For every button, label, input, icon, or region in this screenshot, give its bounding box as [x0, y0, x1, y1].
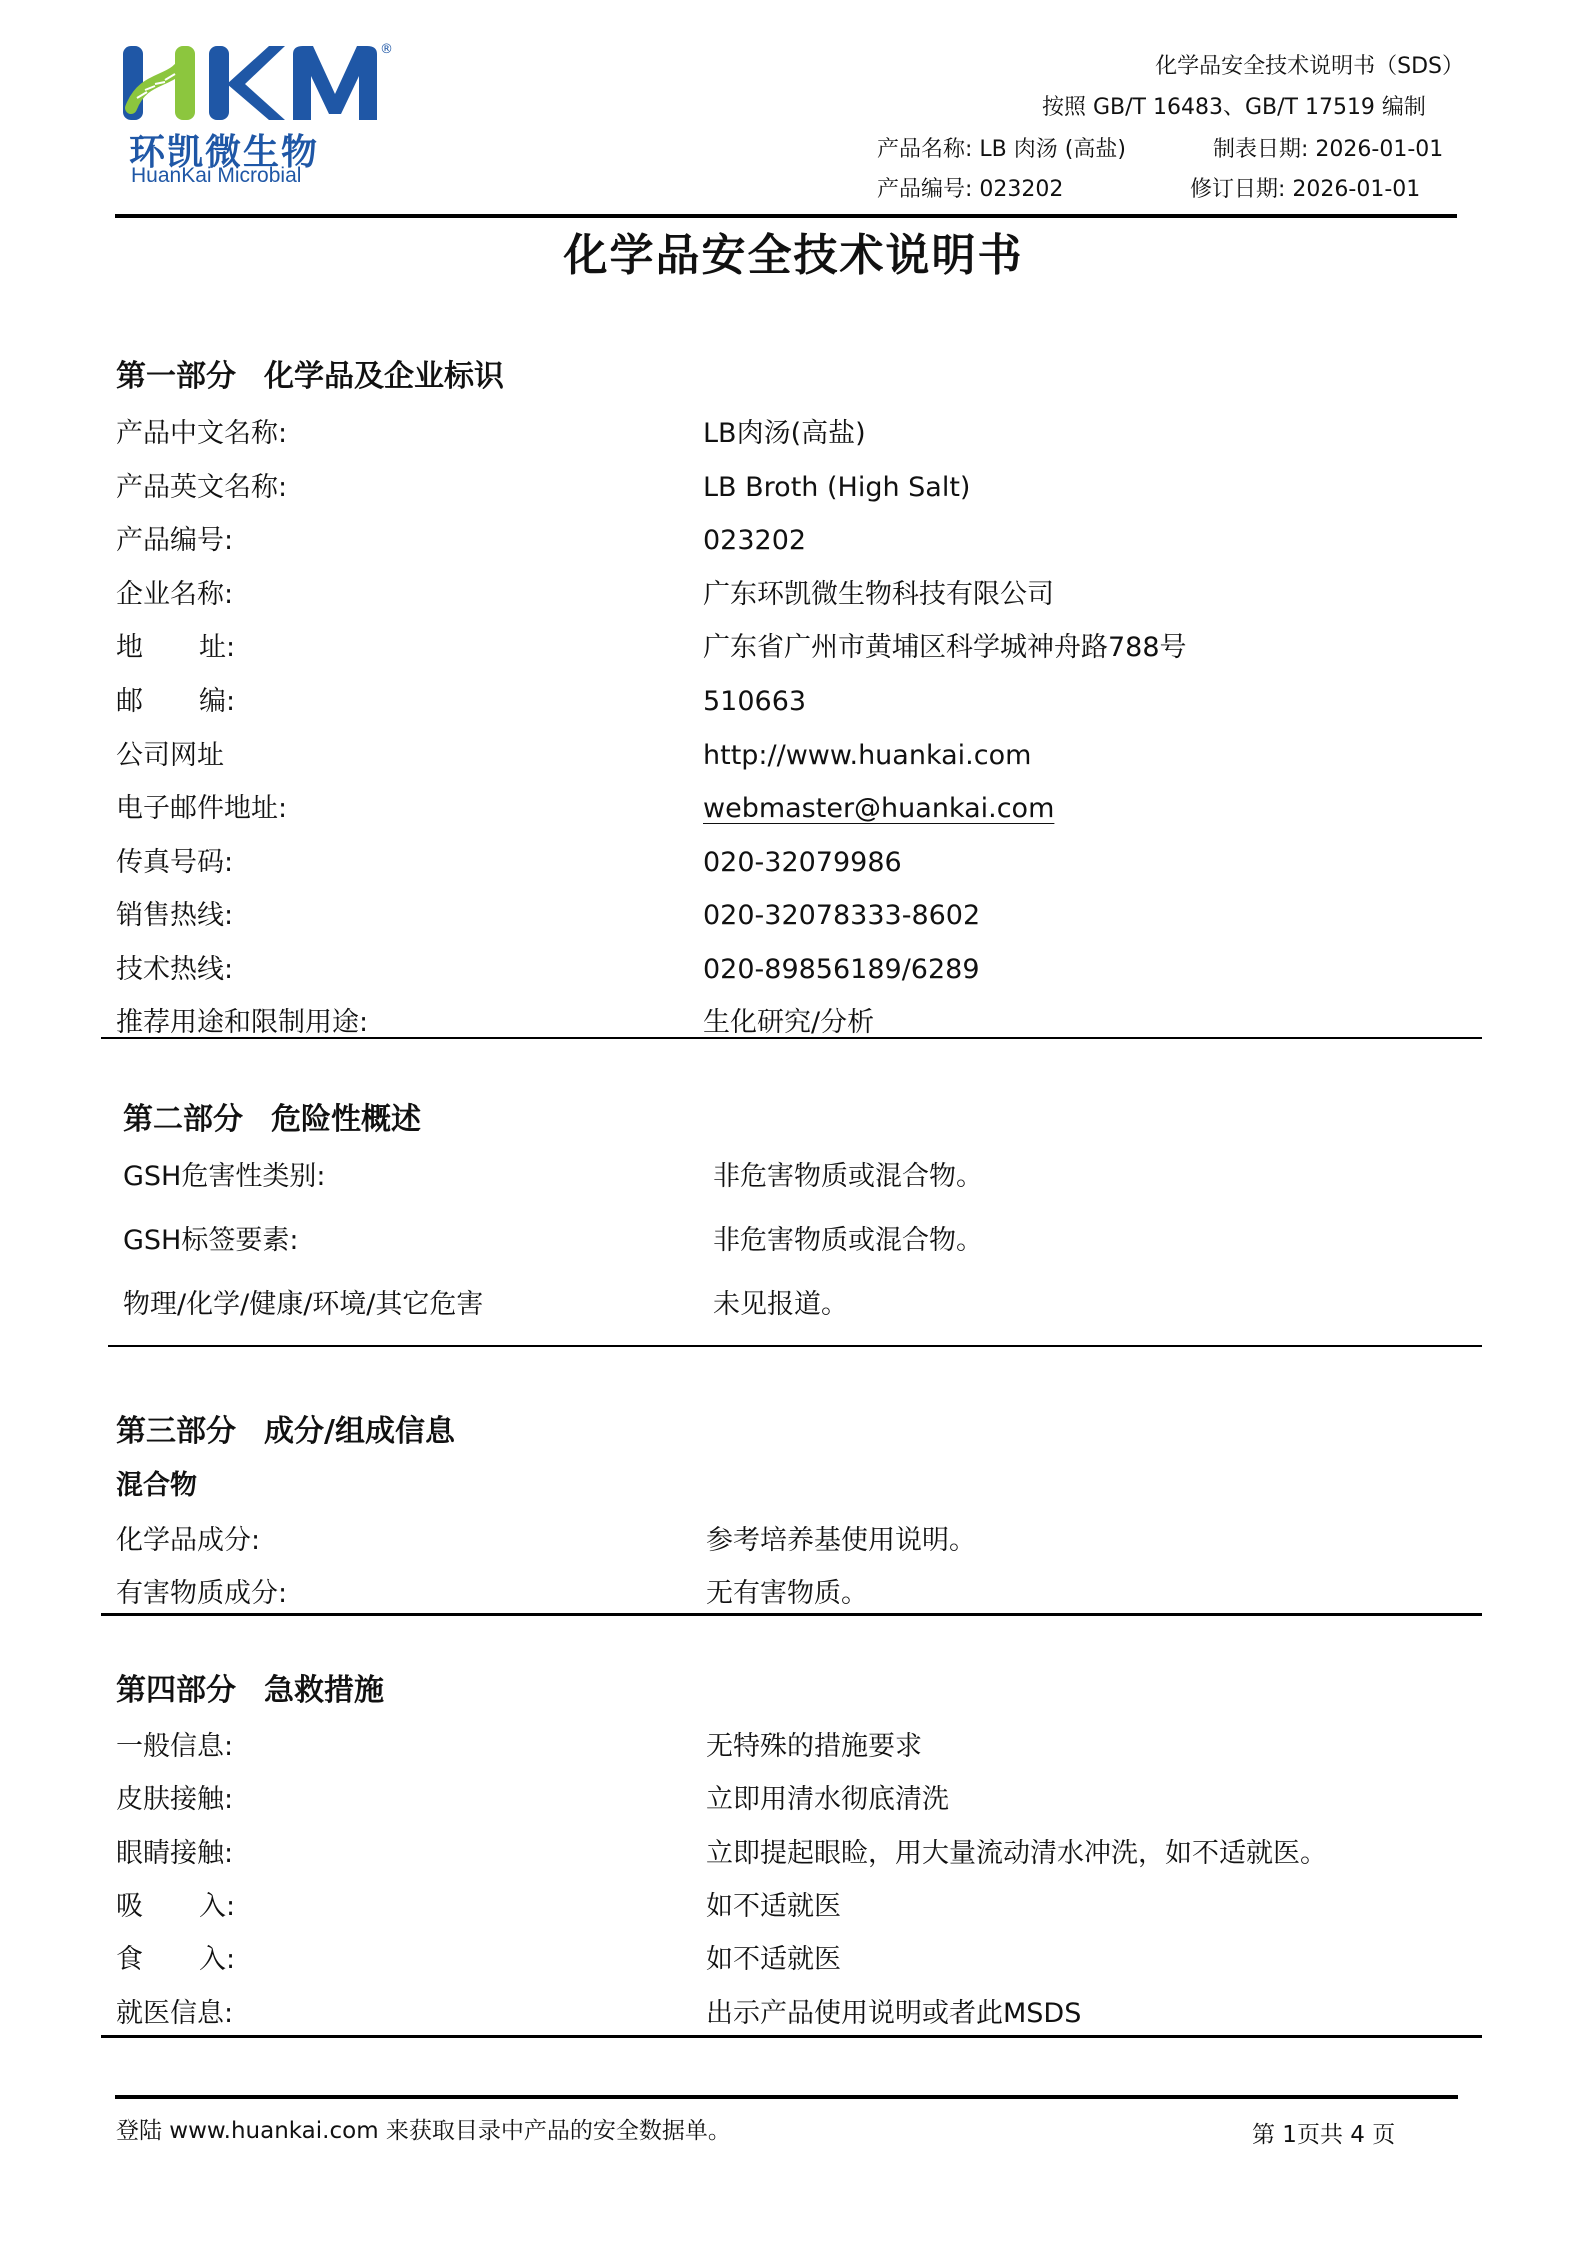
row-label: GSH危害性类别: — [123, 1163, 325, 1190]
table-row: 产品英文名称: LB Broth (High Salt) — [0, 474, 1587, 514]
table-row: 公司网址 http://www.huankai.com — [0, 742, 1587, 782]
row-label: GSH标签要素: — [123, 1227, 298, 1254]
row-label: 物理/化学/健康/环境/其它危害 — [123, 1291, 483, 1318]
table-row: 技术热线: 020-89856189/6289 — [0, 956, 1587, 996]
section-3-number: 第三部分 — [116, 1414, 236, 1449]
table-row: GSH危害性类别: 非危害物质或混合物。 — [0, 1163, 1587, 1203]
product-name-field: 产品名称: LB 肉汤 (高盐) — [877, 139, 1126, 161]
row-value: 非危害物质或混合物。 — [713, 1227, 983, 1254]
section-divider — [108, 1345, 1482, 1347]
row-value: 出示产品使用说明或者此MSDS — [706, 2000, 1081, 2027]
standard-note: 按照 GB/T 16483、GB/T 17519 编制 — [1042, 97, 1426, 119]
table-row: 一般信息: 无特殊的措施要求 — [0, 1733, 1587, 1773]
row-value: 020-32078333-8602 — [703, 902, 980, 929]
product-name-value: LB 肉汤 (高盐) — [979, 137, 1126, 162]
header-rule — [115, 214, 1457, 218]
row-value: 如不适就医 — [706, 1893, 841, 1920]
row-label: 销售热线: — [116, 902, 233, 929]
table-row: 邮编: 510663 — [0, 688, 1587, 728]
section-1-heading: 第一部分化学品及企业标识 — [116, 362, 504, 392]
made-date-value: 2026-01-01 — [1315, 137, 1443, 162]
product-name-label: 产品名称: — [877, 137, 972, 162]
page-indicator: 第 1页共 4 页 — [1252, 2124, 1395, 2147]
table-row: 眼睛接触: 立即提起眼睑，用大量流动清水冲洗，如不适就医。 — [0, 1840, 1587, 1880]
row-label: 企业名称: — [116, 581, 233, 608]
section-divider — [101, 2035, 1482, 2038]
product-code-value: 023202 — [979, 177, 1063, 202]
table-row: 传真号码: 020-32079986 — [0, 849, 1587, 889]
section-4-number: 第四部分 — [116, 1673, 236, 1708]
table-row: 销售热线: 020-32078333-8602 — [0, 902, 1587, 942]
doc-type: 化学品安全技术说明书（SDS） — [1155, 56, 1464, 78]
row-label: 就医信息: — [116, 2000, 233, 2027]
row-value: 无有害物质。 — [706, 1580, 868, 1607]
product-code-label: 产品编号: — [877, 177, 972, 202]
row-value: LB Broth (High Salt) — [703, 474, 970, 501]
section-2-heading: 第二部分危险性概述 — [123, 1105, 421, 1135]
row-value: 如不适就医 — [706, 1946, 841, 1973]
table-row: 推荐用途和限制用途: 生化研究/分析 — [0, 1009, 1587, 1049]
table-row: 企业名称: 广东环凯微生物科技有限公司 — [0, 581, 1587, 621]
row-label: 有害物质成分: — [116, 1580, 287, 1607]
product-code-field: 产品编号: 023202 — [877, 179, 1063, 201]
table-row: 食入: 如不适就医 — [0, 1946, 1587, 1986]
row-label: 电子邮件地址: — [116, 795, 287, 822]
row-label: 地址: — [116, 634, 235, 661]
section-1-title: 化学品及企业标识 — [264, 359, 504, 394]
hkm-logo-icon — [123, 42, 383, 122]
website-link[interactable]: http://www.huankai.com — [703, 742, 1031, 769]
logo-name-en: HuanKai Microbial — [131, 164, 301, 188]
row-label: 公司网址 — [116, 742, 224, 769]
section-4-heading: 第四部分急救措施 — [116, 1676, 384, 1706]
row-label: 技术热线: — [116, 956, 233, 983]
row-label: 食入: — [116, 1946, 235, 1973]
row-label: 一般信息: — [116, 1733, 233, 1760]
section-1-number: 第一部分 — [116, 359, 236, 394]
section-3-subtitle: 混合物 — [116, 1472, 197, 1499]
section-3-title: 成分/组成信息 — [264, 1414, 455, 1449]
row-value: 立即用清水彻底清洗 — [706, 1786, 949, 1813]
row-value: 参考培养基使用说明。 — [706, 1527, 976, 1554]
revised-date-value: 2026-01-01 — [1292, 177, 1420, 202]
row-label: 眼睛接触: — [116, 1840, 233, 1867]
table-row: 吸入: 如不适就医 — [0, 1893, 1587, 1933]
row-label: 吸入: — [116, 1893, 235, 1920]
email-link[interactable]: webmaster@huankai.com — [703, 795, 1054, 822]
section-divider — [101, 1037, 1482, 1039]
made-date-field: 制表日期: 2026-01-01 — [1213, 139, 1443, 161]
footer-rule — [115, 2095, 1458, 2099]
row-value: 510663 — [703, 688, 806, 715]
row-value: 广东环凯微生物科技有限公司 — [703, 581, 1054, 608]
table-row: 产品编号: 023202 — [0, 527, 1587, 567]
row-label: 传真号码: — [116, 849, 233, 876]
row-label: 推荐用途和限制用途: — [116, 1009, 368, 1036]
row-label: 产品英文名称: — [116, 474, 287, 501]
row-label: 产品中文名称: — [116, 420, 287, 447]
table-row: 地址: 广东省广州市黄埔区科学城神舟路788号 — [0, 634, 1587, 674]
company-logo: ® 环凯微生物 HuanKai Microbial — [123, 42, 398, 190]
row-value: 生化研究/分析 — [703, 1009, 874, 1036]
section-4-title: 急救措施 — [264, 1673, 384, 1708]
row-label: 邮编: — [116, 688, 235, 715]
revised-date-label: 修订日期: — [1190, 177, 1285, 202]
row-value: 无特殊的措施要求 — [706, 1733, 922, 1760]
row-value: 020-89856189/6289 — [703, 956, 980, 983]
section-3-heading: 第三部分成分/组成信息 — [116, 1417, 455, 1447]
row-value: 广东省广州市黄埔区科学城神舟路788号 — [703, 634, 1187, 661]
section-2-title: 危险性概述 — [271, 1102, 421, 1137]
table-row: 皮肤接触: 立即用清水彻底清洗 — [0, 1786, 1587, 1826]
row-label: 产品编号: — [116, 527, 233, 554]
table-row: 就医信息: 出示产品使用说明或者此MSDS — [0, 2000, 1587, 2040]
document-title: 化学品安全技术说明书 — [0, 230, 1587, 283]
table-row: 产品中文名称: LB肉汤(高盐) — [0, 420, 1587, 460]
row-value: 非危害物质或混合物。 — [713, 1163, 983, 1190]
revised-date-field: 修订日期: 2026-01-01 — [1190, 179, 1420, 201]
row-value: 020-32079986 — [703, 849, 902, 876]
registered-mark: ® — [380, 42, 393, 57]
made-date-label: 制表日期: — [1213, 137, 1308, 162]
footer-note: 登陆 www.huankai.com 来获取目录中产品的安全数据单。 — [116, 2120, 731, 2143]
row-value: 023202 — [703, 527, 806, 554]
section-2-number: 第二部分 — [123, 1102, 243, 1137]
row-label: 皮肤接触: — [116, 1786, 233, 1813]
section-divider — [101, 1613, 1482, 1616]
table-row: 化学品成分: 参考培养基使用说明。 — [0, 1527, 1587, 1567]
row-value: 未见报道。 — [713, 1291, 848, 1318]
row-value: 立即提起眼睑，用大量流动清水冲洗，如不适就医。 — [706, 1840, 1327, 1867]
row-value: LB肉汤(高盐) — [703, 420, 866, 447]
row-label: 化学品成分: — [116, 1527, 260, 1554]
table-row: 电子邮件地址: webmaster@huankai.com — [0, 795, 1587, 835]
table-row: GSH标签要素: 非危害物质或混合物。 — [0, 1227, 1587, 1267]
table-row: 物理/化学/健康/环境/其它危害 未见报道。 — [0, 1291, 1587, 1331]
